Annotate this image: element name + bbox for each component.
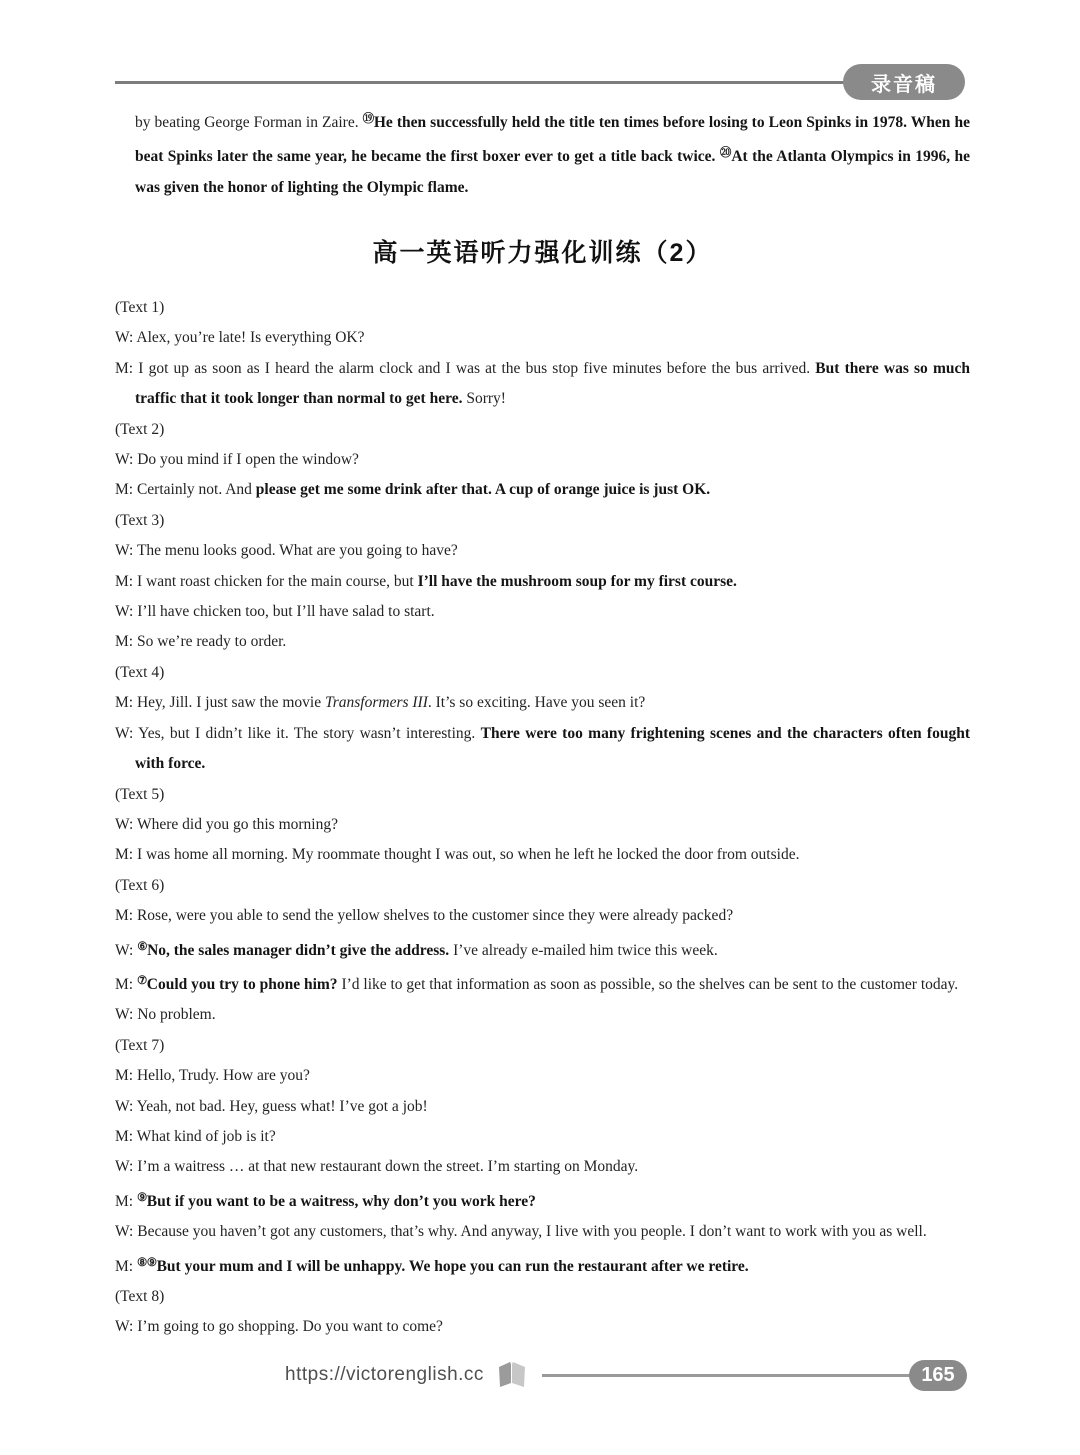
transcript-line: W: Because you haven’t got any customers…	[115, 1217, 970, 1247]
transcript-line: W: I’m a waitress … at that new restaura…	[115, 1152, 970, 1182]
text-segment: W: Yeah, not bad. Hey, guess what! I’ve …	[115, 1098, 428, 1115]
answer-marker: ⑥	[137, 941, 147, 953]
transcript-line: M: What kind of job is it?	[115, 1122, 970, 1152]
text-segment: (Text 7)	[115, 1037, 164, 1054]
page-content: by beating George Forman in Zaire. ⑲He t…	[115, 104, 970, 1343]
transcript-line: W: Yes, but I didn’t like it. The story …	[115, 719, 970, 780]
text-segment: W: Yes, but I didn’t like it. The story …	[115, 725, 481, 742]
transcript-line: M: I want roast chicken for the main cou…	[115, 567, 970, 597]
transcript-line: M: I got up as soon as I heard the alarm…	[115, 354, 970, 415]
text-section-label: (Text 3)	[115, 506, 970, 536]
text-segment: W: No problem.	[115, 1006, 216, 1023]
transcript-line: W: ⑥No, the sales manager didn’t give th…	[115, 932, 970, 966]
text-segment: W: Because you haven’t got any customers…	[115, 1223, 927, 1240]
text-segment: M: Hello, Trudy. How are you?	[115, 1067, 310, 1084]
text-segment: by beating George Forman in Zaire.	[135, 114, 363, 131]
transcript-line: M: Hello, Trudy. How are you?	[115, 1061, 970, 1091]
text-segment: M: Hey, Jill. I just saw the movie	[115, 694, 325, 711]
answer-marker: ⑳	[720, 147, 732, 159]
transcript-line: W: I’ll have chicken too, but I’ll have …	[115, 597, 970, 627]
transcript-line: M: ⑨But if you want to be a waitress, wh…	[115, 1183, 970, 1217]
text-segment: M:	[115, 1258, 137, 1275]
transcript-line: W: Yeah, not bad. Hey, guess what! I’ve …	[115, 1092, 970, 1122]
footer-rule	[542, 1374, 911, 1377]
page-number-pill: 165	[909, 1360, 967, 1391]
footer-url: https://victorenglish.cc	[285, 1364, 484, 1386]
text-segment: W: Do you mind if I open the window?	[115, 451, 359, 468]
text-section-label: (Text 7)	[115, 1031, 970, 1061]
text-segment: M: What kind of job is it?	[115, 1128, 276, 1145]
page-number: 165	[921, 1364, 954, 1387]
text-segment: W: I’m going to go shopping. Do you want…	[115, 1318, 443, 1335]
text-segment: No, the sales manager didn’t give the ad…	[147, 942, 449, 959]
intro-paragraph: by beating George Forman in Zaire. ⑲He t…	[115, 104, 970, 203]
text-segment: W:	[115, 942, 137, 959]
text-segment: please get me some drink after that. A c…	[256, 481, 710, 498]
header-rule	[115, 81, 860, 84]
page-footer: https://victorenglish.cc 165	[285, 1358, 967, 1392]
text-segment: Could you try to phone him?	[147, 976, 338, 993]
transcript-line: W: No problem.	[115, 1000, 970, 1030]
text-segment: Sorry!	[462, 390, 505, 407]
text-segment: I’ll have the mushroom soup for my first…	[418, 573, 737, 590]
text-segment: (Text 2)	[115, 421, 164, 438]
text-segment: M: So we’re ready to order.	[115, 633, 286, 650]
section-badge: 录音稿	[843, 64, 965, 100]
text-segment: M: I was home all morning. My roommate t…	[115, 846, 799, 863]
text-segment: W: The menu looks good. What are you goi…	[115, 542, 458, 559]
transcript-line: W: Where did you go this morning?	[115, 810, 970, 840]
text-segment: (Text 4)	[115, 664, 164, 681]
text-segment: M: I got up as soon as I heard the alarm…	[115, 360, 815, 377]
transcript-line: M: Hey, Jill. I just saw the movie Trans…	[115, 688, 970, 718]
answer-marker: ⑨	[137, 1192, 147, 1204]
text-section-label: (Text 1)	[115, 293, 970, 323]
text-segment: Transformers III	[325, 694, 428, 711]
text-segment: W: I’ll have chicken too, but I’ll have …	[115, 603, 435, 620]
scanned-document-page: 录音稿 by beating George Forman in Zaire. ⑲…	[0, 0, 1080, 1455]
transcript-line: M: ⑦Could you try to phone him? I’d like…	[115, 966, 970, 1000]
transcript-line: M: So we’re ready to order.	[115, 627, 970, 657]
text-segment: (Text 5)	[115, 786, 164, 803]
transcript-line: W: The menu looks good. What are you goi…	[115, 536, 970, 566]
text-segment: M: Rose, were you able to send the yello…	[115, 907, 733, 924]
answer-marker: ⑲	[363, 113, 374, 125]
transcript-line: W: Alex, you’re late! Is everything OK?	[115, 323, 970, 353]
text-segment: (Text 3)	[115, 512, 164, 529]
text-section-label: (Text 8)	[115, 1282, 970, 1312]
section-badge-label: 录音稿	[871, 68, 937, 97]
open-book-icon	[496, 1361, 528, 1389]
text-segment: (Text 1)	[115, 299, 164, 316]
text-segment: . It’s so exciting. Have you seen it?	[428, 694, 645, 711]
transcript-line: M: I was home all morning. My roommate t…	[115, 840, 970, 870]
text-section-label: (Text 6)	[115, 871, 970, 901]
text-segment: But if you want to be a waitress, why do…	[147, 1193, 536, 1210]
text-segment: M:	[115, 976, 137, 993]
text-segment: W: I’m a waitress … at that new restaura…	[115, 1158, 638, 1175]
text-segment: I’ve already e-mailed him twice this wee…	[449, 942, 718, 959]
text-segment: I’d like to get that information as soon…	[338, 976, 959, 993]
answer-marker: ⑦	[137, 975, 147, 987]
text-segment: W: Alex, you’re late! Is everything OK?	[115, 329, 365, 346]
text-segment: (Text 6)	[115, 877, 164, 894]
text-section-label: (Text 5)	[115, 780, 970, 810]
transcript-line: W: Do you mind if I open the window?	[115, 445, 970, 475]
text-segment: M:	[115, 1193, 137, 1210]
text-segment: But your mum and I will be unhappy. We h…	[157, 1258, 749, 1275]
text-section-label: (Text 4)	[115, 658, 970, 688]
text-segment: (Text 8)	[115, 1288, 164, 1305]
transcript: (Text 1)W: Alex, you’re late! Is everyth…	[115, 293, 970, 1343]
transcript-line: M: Certainly not. And please get me some…	[115, 475, 970, 505]
answer-marker: ⑧⑨	[137, 1257, 157, 1269]
page-title: 高一英语听力强化训练（2）	[115, 233, 970, 269]
text-segment: M: I want roast chicken for the main cou…	[115, 573, 418, 590]
text-segment: M: Certainly not. And	[115, 481, 256, 498]
transcript-line: W: I’m going to go shopping. Do you want…	[115, 1312, 970, 1342]
transcript-line: M: Rose, were you able to send the yello…	[115, 901, 970, 931]
text-segment: W: Where did you go this morning?	[115, 816, 338, 833]
transcript-line: M: ⑧⑨But your mum and I will be unhappy.…	[115, 1248, 970, 1282]
text-section-label: (Text 2)	[115, 415, 970, 445]
